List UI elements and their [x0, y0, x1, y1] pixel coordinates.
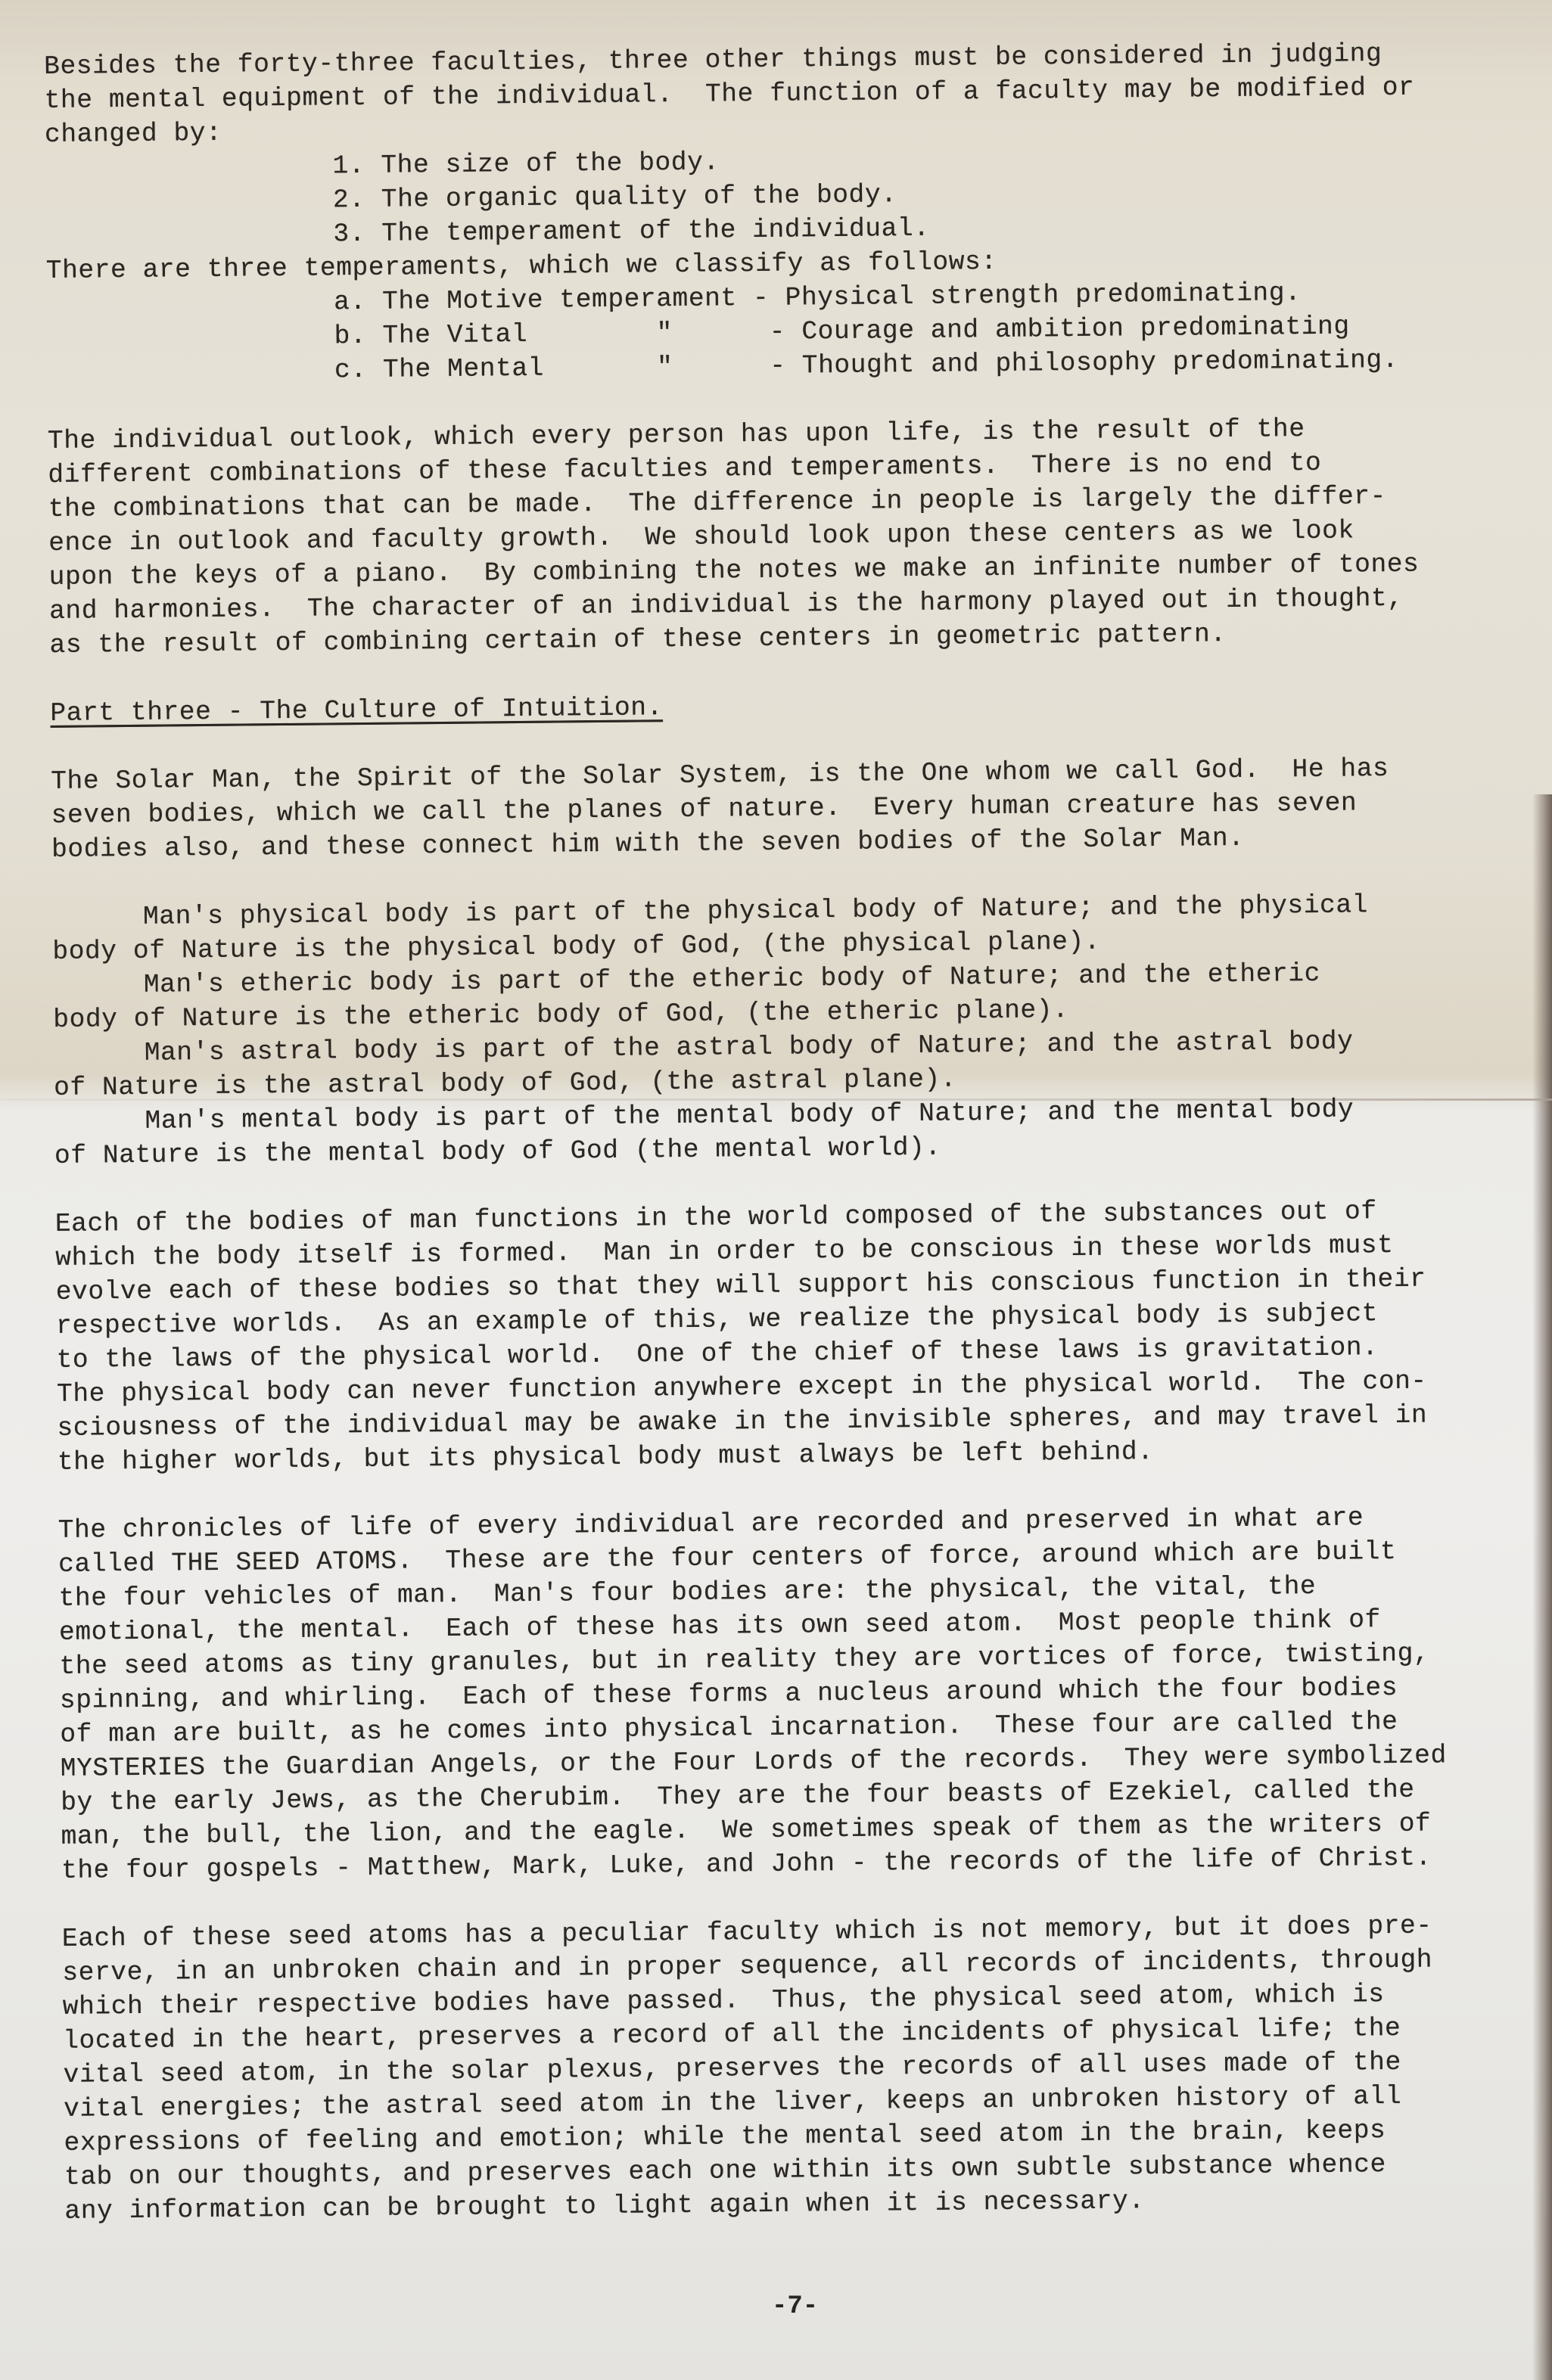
intro-section: Besides the forty-three faculties, three…: [44, 36, 1522, 390]
section-heading-block: Part three - The Culture of Intuition.: [50, 682, 1526, 731]
seed-atoms-paragraph: The chronicles of life of every individu…: [58, 1499, 1538, 1888]
functions-paragraph: Each of the bodies of man functions in t…: [55, 1193, 1533, 1480]
faculty-paragraph: Each of these seed atoms has a peculiar …: [62, 1908, 1541, 2229]
typewritten-page: Besides the forty-three faculties, three…: [44, 36, 1541, 2263]
outlook-paragraph: The individual outlook, which every pers…: [48, 410, 1526, 663]
temperaments-list: a. The Motive temperament - Physical str…: [46, 274, 1522, 390]
factors-list: 1. The size of the body. 2. The organic …: [45, 138, 1521, 254]
solar-man-paragraph: The Solar Man, the Spirit of the Solar S…: [51, 750, 1527, 867]
page-number: -7-: [772, 2292, 818, 2321]
bodies-section: Man's physical body is part of the physi…: [52, 887, 1530, 1173]
section-heading: Part three - The Culture of Intuition.: [50, 693, 663, 729]
